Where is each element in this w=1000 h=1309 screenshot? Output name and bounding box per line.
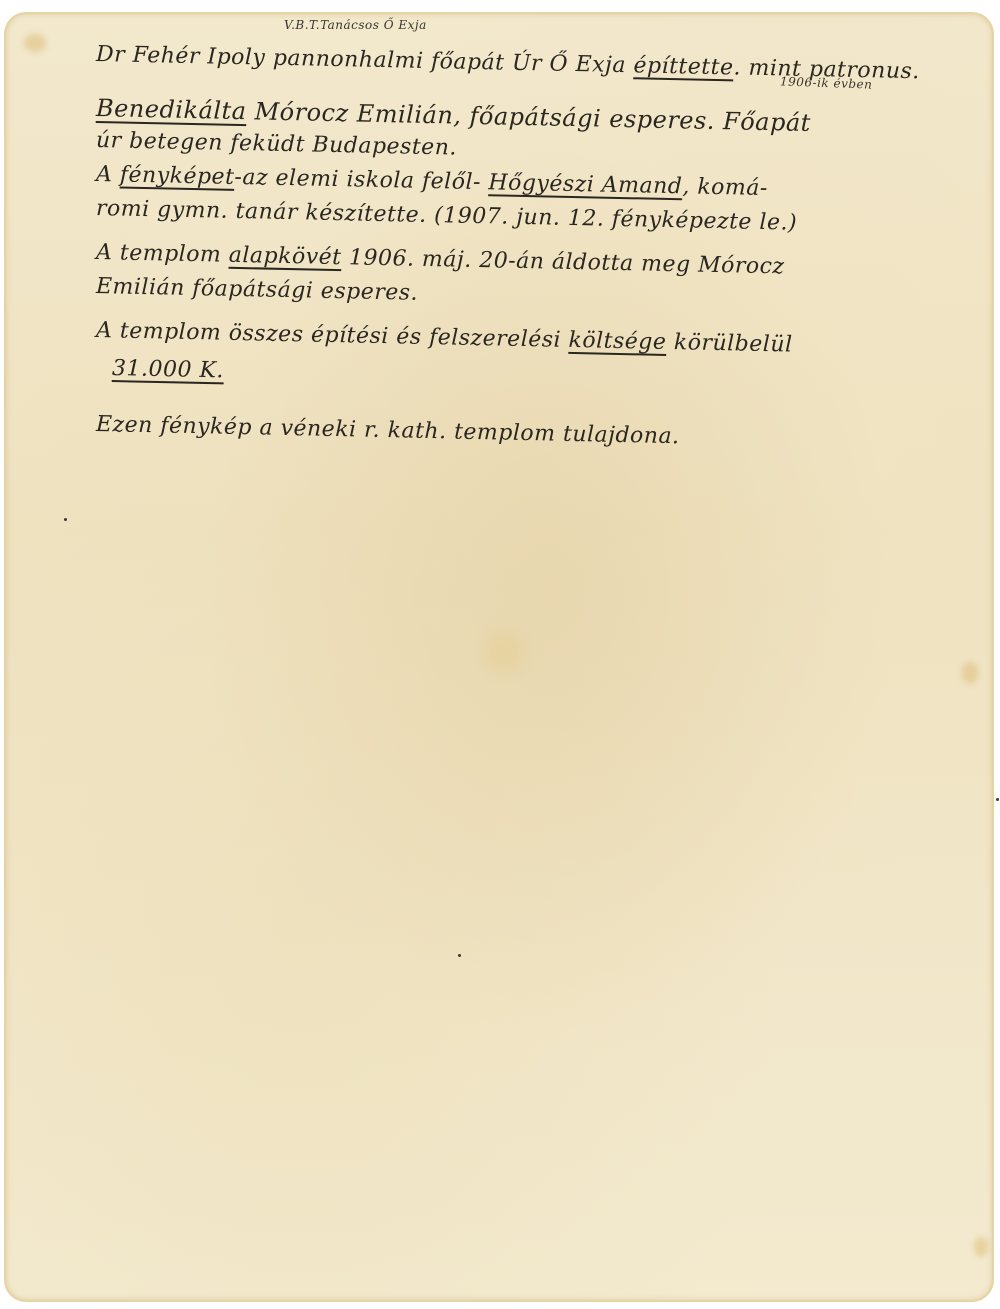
text-span: , komá-	[682, 174, 768, 201]
stain-center	[484, 632, 524, 672]
paragraph-5-line-1: Ezen fénykép a véneki r. kath. templom t…	[96, 412, 680, 449]
stain-right-edge	[962, 662, 978, 684]
paragraph-3-line-1: A templom alapkövét 1906. máj. 20-án áld…	[96, 240, 785, 279]
stain-bottom-right	[974, 1237, 988, 1257]
paragraph-4-line-1: A templom összes építési és felszerelési…	[96, 318, 793, 358]
paragraph-4-line-2: 31.000 K.	[112, 356, 224, 383]
text-span-underlined: Hőgyészi Amand	[488, 170, 682, 199]
paragraph-2-line-1: A fényképet-az elemi iskola felől- Hőgyé…	[96, 162, 768, 201]
text-span: Ezen fénykép a véneki r. kath. templom t…	[96, 412, 680, 449]
paragraph-1-line-3: úr betegen feküdt Budapesten.	[96, 128, 457, 161]
text-span: A	[96, 162, 120, 187]
text-span: romi gymn. tanár készítette. (1907. jun.…	[96, 196, 798, 236]
text-span-underlined: 31.000 K.	[112, 356, 224, 383]
text-span-underlined: költsége	[568, 328, 666, 355]
ink-speck	[996, 798, 999, 801]
text-span-underlined: fényképet	[120, 163, 235, 190]
paragraph-2-line-2: romi gymn. tanár készítette. (1907. jun.…	[96, 196, 798, 236]
annotation-above-line1: V.B.T.Tanácsos Ő Exja	[284, 18, 427, 32]
text-span: A templom	[96, 240, 229, 268]
text-span: Dr Fehér Ipoly pannonhalmi főapát Úr Ő E…	[96, 42, 634, 78]
text-span: 1906. máj. 20-án áldotta meg Mórocz	[341, 245, 785, 279]
photo-card-back: V.B.T.Tanácsos Ő Exja Dr Fehér Ipoly pan…	[4, 12, 994, 1302]
text-span-underlined: Benedikálta	[96, 94, 247, 125]
text-span: Emilián főapátsági esperes.	[96, 274, 419, 306]
annotation-above-line2: 1906-ik évben	[780, 74, 873, 91]
text-span: -az elemi iskola felől-	[234, 165, 489, 195]
text-span-underlined: alapkövét	[229, 243, 342, 270]
ink-speck	[458, 954, 461, 957]
paragraph-3-line-2: Emilián főapátsági esperes.	[96, 274, 419, 306]
text-span: körülbelül	[666, 330, 793, 358]
text-span-underlined: építtette	[633, 53, 734, 80]
stain-top-left	[24, 34, 46, 52]
text-span: A templom összes építési és felszerelési	[96, 318, 569, 353]
ink-speck	[64, 518, 67, 521]
text-span: Mórocz Emilián, főapátsági esperes. Főap…	[246, 97, 811, 137]
text-span: úr betegen feküdt Budapesten.	[96, 128, 457, 161]
